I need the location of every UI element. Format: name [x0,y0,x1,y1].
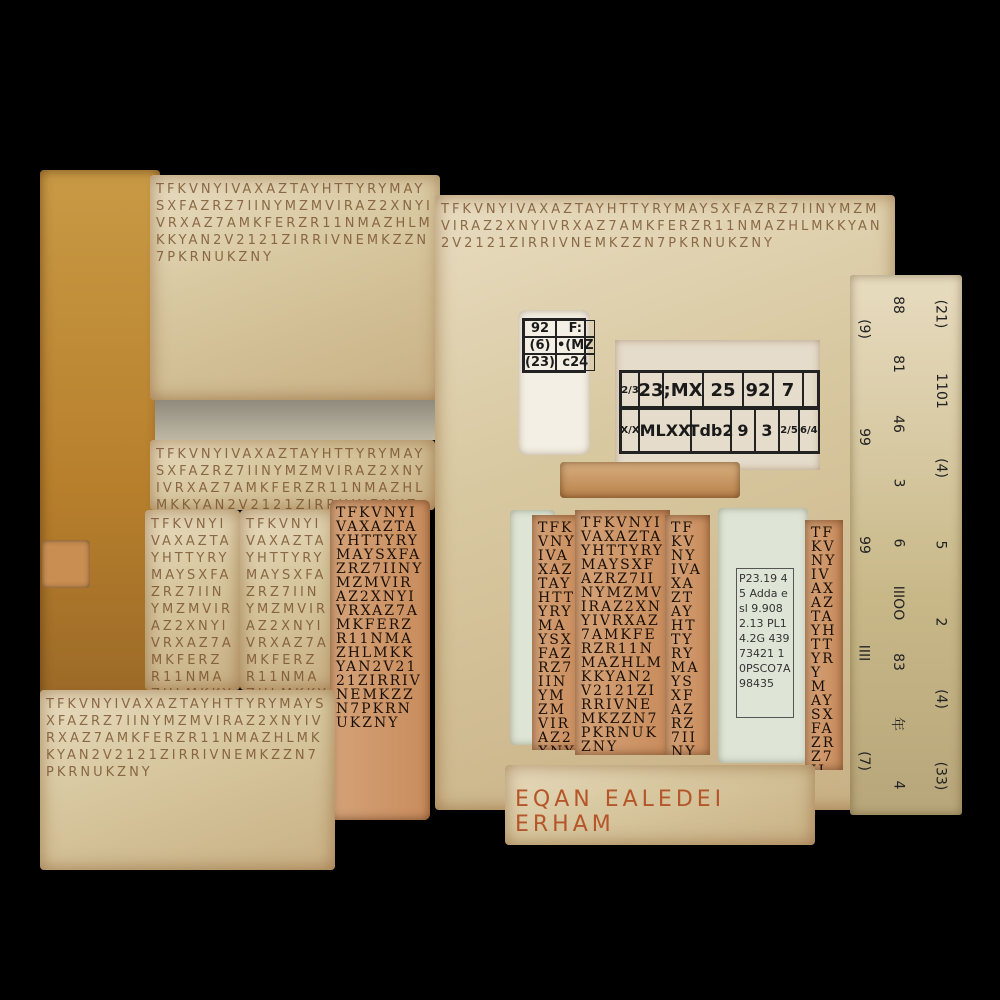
calendar-cell: 2/3 [621,372,639,408]
left-spine [40,170,160,700]
left-panel-bottom: TFKVNYIVAXAZTAYHTTYRYMAYSXFAZRZ7IINYMZMV… [40,690,335,870]
calendar-cell: 7 [773,372,803,408]
booklet-page: TFKVNYIVAXAZTAYHTTYRYMAYSXFAZRZ7IINYMZMV… [575,510,670,755]
booklet-back-cover: TFKVNYIVAXAZTAYHTTYRYMAYSXFAZRZ7IINYMZMV… [805,520,843,770]
base-inscription: EQAN EALEDEI ERHAM [505,765,815,845]
calendar-cell: 9 [731,408,755,452]
scroll-cell: 92 [524,320,556,337]
left-panel-block-a: TFKVNYIVAXAZTAYHTTYRYMAYSXFAZRZ7IINYMZMV… [145,510,240,690]
left-panel-dark-band [155,400,440,440]
calendar-cell: 3 [755,408,779,452]
calendar-cell: 23 [639,372,663,408]
scroll-cell: (23) [524,354,556,371]
strip-column: (9) 99 99 IIII (7) [854,275,874,815]
side-strip: (9) 99 99 IIII (7) 88 81 46 3 6 IIIOO 83… [850,275,962,815]
base-inscription-text: EQAN EALEDEI ERHAM [515,787,815,837]
scroll-cell: (6) [524,337,556,354]
calendar-cell: 6/4 [799,408,819,452]
calendar-cell: Tdb2 [691,408,731,452]
left-panel-block-b: TFKVNYIVAXAZTAYHTTYRYMAYSXFAZRZ7IINYMZMV… [240,510,335,690]
calendar-panel: 2/3 23 ;MX 25 92 7 X/X MLXX Tdb2 9 3 2/5… [615,340,820,470]
calendar-cell: 25 [703,372,743,408]
strip-column: (21) 1101 (4) 5 2 (4) (33) [923,275,959,815]
booklet-page: TFKVNYIVAXAZTAYHTTYRYMAYSXFAZRZ7IINYMZMV… [665,515,710,755]
scroll-cell: •(MZ [556,337,595,354]
left-panel-top: TFKVNYIVAXAZTAYHTTYRYMAYSXFAZRZ7IINYMZMV… [150,175,440,400]
calendar-cell: 92 [743,372,773,408]
calendar-cell: X/X [621,408,639,452]
calendar-cell: ;MX [663,372,703,408]
clasp [42,540,90,588]
strip-column: 88 81 46 3 6 IIIOO 83 年 4 [881,275,915,815]
left-panel-inset-page: TFKVNYIVAXAZTAYHTTYRYMAYSXFAZRZ7IINYMZMV… [330,500,430,820]
carved-ledge [560,462,740,498]
rolled-scroll: 92 F: (6) •(MZ (23) c24 [518,310,590,455]
calendar-cell: MLXX [639,408,691,452]
pale-page-writing: P23.19 45 Adda esl 9.908 2.13 PL14.2G 43… [736,568,794,718]
calendar-cell: 2/5 [779,408,799,452]
booklet-pale-page: P23.19 45 Adda esl 9.908 2.13 PL14.2G 43… [718,508,808,763]
scroll-cell: c24 [556,354,595,371]
scroll-cell: F: [556,320,595,337]
